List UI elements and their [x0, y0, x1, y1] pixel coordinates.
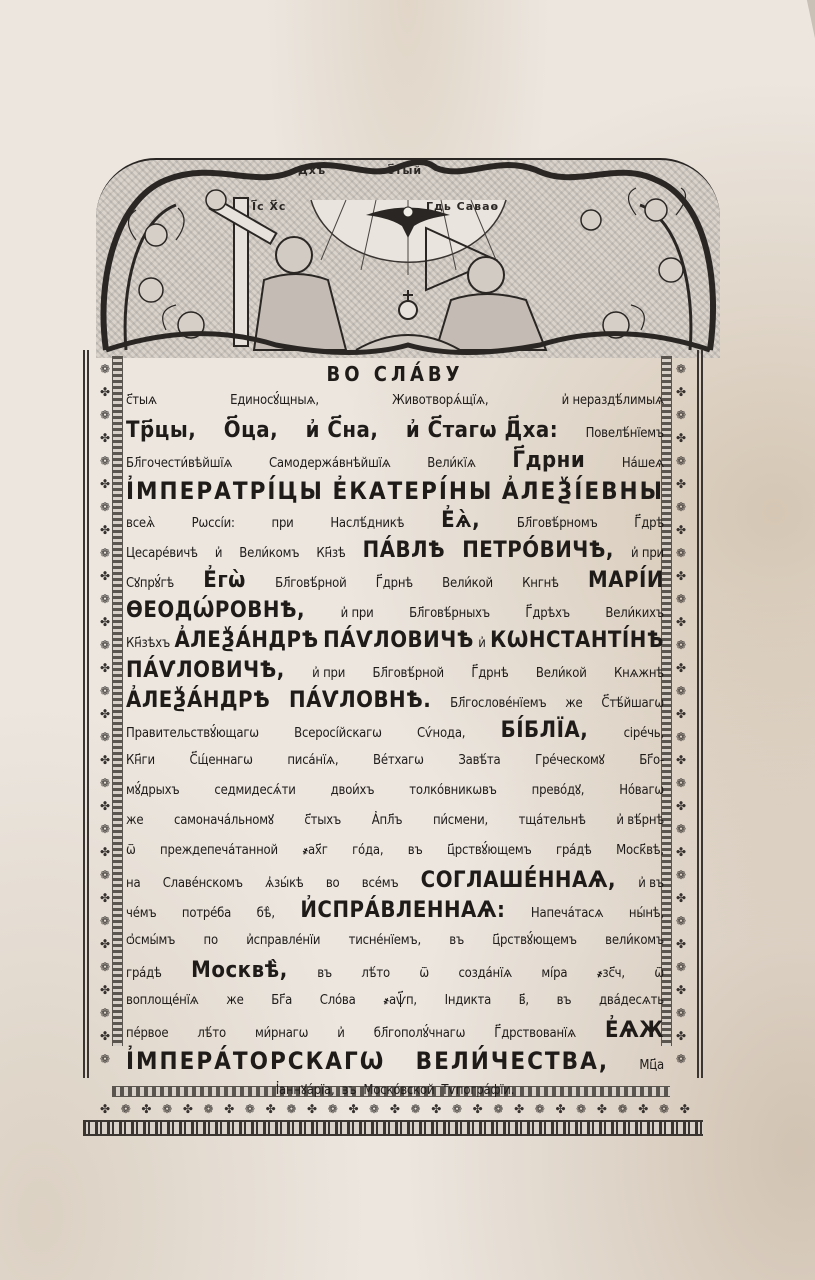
right-rosette-border: ❁✤❁✤❁✤❁✤❁✤❁✤❁✤❁✤❁✤❁✤❁✤❁✤❁✤❁✤❁✤❁: [674, 362, 688, 1066]
text-line-21: воплоще́нїѧжеБг҃аСло́ва҂аѱ҃п,Індиктав҃,в…: [126, 986, 664, 1016]
text-line-1: с҃тыѧЕдиносꙋ́щныѧ,Животворѧ́щїѧ,и҆ нераз…: [126, 386, 664, 416]
text-line-15: жесамонача́льномꙋс҃тыхъА҆пл҃ъпи́смени,тщ…: [126, 806, 664, 836]
label-lord-sabaoth: Гдь Саваѳ: [426, 200, 499, 213]
text-line-3: Бл҃гочести́вѣйшїѧСамодержа́внѣйшїѧВели́к…: [126, 446, 664, 476]
text-line-11: А҆ЛЕѮА́НДРѢПА́ѴЛОВНѢ.Бл҃гослове́нїемъжеС…: [126, 686, 664, 716]
left-rosette-border: ❁✤❁✤❁✤❁✤❁✤❁✤❁✤❁✤❁✤❁✤❁✤❁✤❁✤❁✤❁✤❁: [98, 362, 112, 1066]
text-line-16: ѿпреждепеча́танной҂ах҃гго́да,въц҃рствꙋ́ю…: [126, 836, 664, 866]
text-line-9: Кн҃зѣхъА҆ЛЕѮА́НДРѢПА́ѴЛОВИЧѢи҆КѠНСТАНТІ́…: [126, 626, 664, 656]
label-holy-spirit-right: С҃тый: [386, 164, 422, 177]
text-line-4: І҆МПЕРАТРІ́ЦЫЕ҆КАТЕРІ́НЫА҆ЛЕѮІ́ЕВНЫ: [126, 476, 664, 506]
label-holy-spirit-left: Дх҃ъ: [298, 164, 326, 177]
heading-line: ВО СЛА́ВУ: [126, 362, 664, 386]
text-line-19: ѻ҆смы́мъпои҆справле́нїитисне́нїемъ,въц҃р…: [126, 926, 664, 956]
text-line-17: наСлаве́нскомъѧ҆зы́кѣвовсе́мъСОГЛАШЕ́ННА…: [126, 866, 664, 896]
text-line-7: Сꙋпрꙋ́гѣЕ҆гѡ̀Бл҃говѣ́рнойГ҃дрнѣВели́койК…: [126, 566, 664, 596]
engraving-artwork-icon: [96, 160, 720, 358]
text-line-2: Тр҃цы,О҃ца,и҆ С҃на,и҆ С҃тагѡ Д҃ха:Повелѣ…: [126, 416, 664, 446]
text-line-5: всеѧ̀Рѡссі́и:приНаслѣ́дникѣЕ҆ѧ̀,Бл҃говѣ́…: [126, 506, 664, 536]
text-line-13: Кн҃гиС҃щ́еннагѡписа́нїѧ,Ве́тхагѡЗавѣ́таГ…: [126, 746, 664, 776]
text-line-10: ПА́ѴЛОВИЧѢ,и҆ приБл҃говѣ́рнойГ҃дрнѣВели́…: [126, 656, 664, 686]
text-line-8: ѲЕОДѠ́РОВНѢ,и҆ приБл҃говѣ́рныхъГ҃дрѣхъВе…: [126, 596, 664, 626]
text-line-20: гра́дѣМосквѣ̀,вълѣ́тоѿсозда́нїѧмі́ра҂зс҃…: [126, 956, 664, 986]
label-christ: І҃с Х҃с: [252, 200, 286, 213]
trinity-engraving: Дх҃ъ С҃тый І҃с Х҃с Гдь Саваѳ: [96, 158, 720, 358]
text-line-22: пе́рвоелѣ́томи́рнагѡи҆бл҃гополꙋ́чнагѡГ҃д…: [126, 1016, 664, 1046]
document-page: Дх҃ъ С҃тый І҃с Х҃с Гдь Саваѳ ❁✤❁✤❁✤❁✤❁✤❁…: [0, 0, 815, 1280]
title-page-text: ВО СЛА́ВУ с҃тыѧЕдиносꙋ́щныѧ,Животворѧ́щї…: [126, 362, 664, 1106]
text-line-12: Правительствꙋ́ющагѡВсеросі́йскагѡСѵ́нода…: [126, 716, 664, 746]
text-line-23: І҆МПЕРА́ТОРСКАГѠВЕЛИ́ЧЕСТВА,Мц҃а: [126, 1046, 664, 1076]
text-line-14: мꙋ́дрыхъседмидесѧ́тидвои́хътолко́вникѡвъ…: [126, 776, 664, 806]
left-braid-border: [112, 356, 123, 1046]
text-line-6: Цесаре́вичѣи҆Вели́комъКн҃зѣПА́ВЛѢПЕТРО́В…: [126, 536, 664, 566]
text-line-24: І҆аннꙋа́рїа, въ Моско́вской Тѵпогра́фїи.: [126, 1076, 664, 1106]
text-line-18: че́мъпотре́бабѣ̀,И҆СПРА́ВЛЕННАѦ:Напеча́т…: [126, 896, 664, 926]
heading-vo-slavu: ВО СЛА́ВУ: [327, 362, 464, 386]
bottom-fleuron-border: [83, 1120, 703, 1136]
